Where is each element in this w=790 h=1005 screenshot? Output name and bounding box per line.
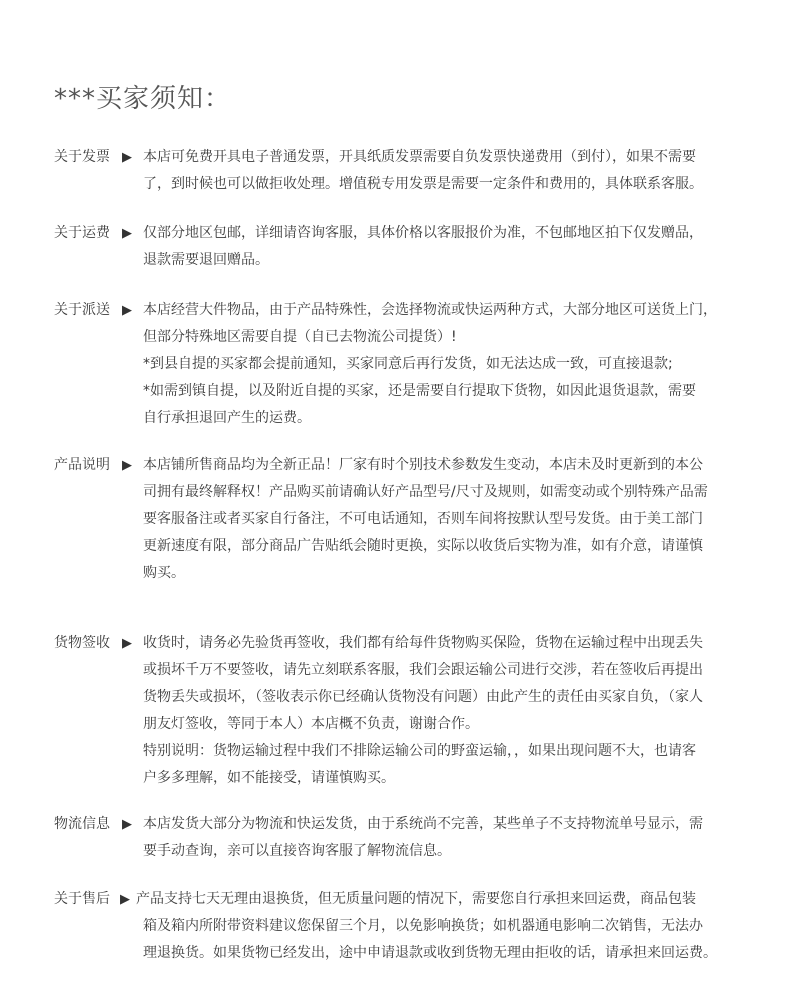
section-label: 关于派送 [54, 297, 110, 324]
content-line: 更新速度有限，部分商品广告贴纸会随时更换，实际以收货后实物为准，如有介意，请谨慎 [143, 533, 743, 560]
section-label: 关于发票 [54, 144, 110, 171]
section-label: 产品说明 [54, 452, 110, 479]
section-content: 本店可免费开具电子普通发票，开具纸质发票需要自负发票快递费用（到付），如果不需要… [143, 144, 743, 198]
section-content: 仅部分地区包邮，详细请咨询客服，具体价格以客服报价为准，不包邮地区拍下仅发赠品，… [143, 220, 743, 274]
arrow-right-icon: ▶ [122, 220, 132, 247]
content-line: 但部分特殊地区需要自提（自已去物流公司提货）! [143, 324, 743, 351]
content-line: 货物丢失或损坏，（签收表示你已经确认货物没有问题）由此产生的责任由买家自负，（家… [143, 684, 743, 711]
section-label: 关于售后 [54, 886, 110, 913]
content-line: 本店铺所售商品均为全新正品！厂家有时个别技术参数发生变动，本店未及时更新到的本公 [143, 452, 743, 479]
section-content: 本店经营大件物品，由于产品特殊性，会选择物流或快运两种方式，大部分地区可送货上门… [143, 297, 743, 432]
content-line: 本店可免费开具电子普通发票，开具纸质发票需要自负发票快递费用（到付），如果不需要 [143, 144, 743, 171]
content-line: 户多多理解，如不能接受，请谨慎购买。 [143, 765, 743, 792]
content-line: 仅部分地区包邮，详细请咨询客服，具体价格以客服报价为准，不包邮地区拍下仅发赠品， [143, 220, 743, 247]
content-line: 本店经营大件物品，由于产品特殊性，会选择物流或快运两种方式，大部分地区可送货上门… [143, 297, 743, 324]
content-line: 了，到时候也可以做拒收处理。增值税专用发票是需要一定条件和费用的，具体联系客服。 [143, 171, 743, 198]
content-line: 箱及箱内所附带资料建议您保留三个月，以免影响换货；如机器通电影响二次销售，无法办 [136, 913, 736, 940]
arrow-right-icon: ▶ [122, 630, 132, 657]
arrow-right-icon: ▶ [122, 452, 132, 479]
section-content: 本店铺所售商品均为全新正品！厂家有时个别技术参数发生变动，本店未及时更新到的本公… [143, 452, 743, 587]
section-content: 收货时，请务必先验货再签收，我们都有给每件货物购买保险，货物在运输过程中出现丢失… [143, 630, 743, 792]
content-line: 特别说明：货物运输过程中我们不排除运输公司的野蛮运输，，如果出现问题不大，也请客 [143, 738, 743, 765]
arrow-right-icon: ▶ [122, 297, 132, 324]
content-line: 朋友灯签收，等同于本人）本店概不负责，谢谢合作。 [143, 711, 743, 738]
content-line: 收货时，请务必先验货再签收，我们都有给每件货物购买保险，货物在运输过程中出现丢失 [143, 630, 743, 657]
arrow-right-icon: ▶ [122, 144, 132, 171]
section-content: 本店发货大部分为物流和快运发货，由于系统尚不完善，某些单子不支持物流单号显示，需… [143, 811, 743, 865]
content-line: 或损坏千万不要签收，请先立刻联系客服，我们会跟运输公司进行交涉，若在签收后再提出 [143, 657, 743, 684]
section-content: 产品支持七天无理由退换货，但无质量问题的情况下，需要您自行承担来回运费，商品包装… [136, 886, 736, 967]
content-line: 自行承担退回产生的运费。 [143, 405, 743, 432]
content-line: 本店发货大部分为物流和快运发货，由于系统尚不完善，某些单子不支持物流单号显示，需 [143, 811, 743, 838]
content-line: 要手动查询，亲可以直接咨询客服了解物流信息。 [143, 838, 743, 865]
section-label: 货物签收 [54, 630, 110, 657]
section-label: 关于运费 [54, 220, 110, 247]
content-line: *如需到镇自提，以及附近自提的买家，还是需要自行提取下货物，如因此退货退款，需要 [143, 378, 743, 405]
content-line: 产品支持七天无理由退换货，但无质量问题的情况下，需要您自行承担来回运费，商品包装 [136, 886, 736, 913]
content-line: 购买。 [143, 560, 743, 587]
arrow-right-icon: ▶ [122, 811, 132, 838]
page-title: ***买家须知： [54, 78, 231, 115]
content-line: 司拥有最终解释权！产品购买前请确认好产品型号/尺寸及规则，如需变动或个别特殊产品… [143, 479, 743, 506]
content-line: 退款需要退回赠品。 [143, 247, 743, 274]
content-line: 要客服备注或者买家自行备注，不可电话通知，否则车间将按默认型号发货。由于美工部门 [143, 506, 743, 533]
content-line: *到县自提的买家都会提前通知，买家同意后再行发货，如无法达成一致，可直接退款; [143, 351, 743, 378]
section-label: 物流信息 [54, 811, 110, 838]
arrow-right-icon: ▶ [120, 886, 130, 913]
content-line: 理退换货。如果货物已经发出，途中申请退款或收到货物无理由拒收的话，请承担来回运费… [136, 940, 736, 967]
